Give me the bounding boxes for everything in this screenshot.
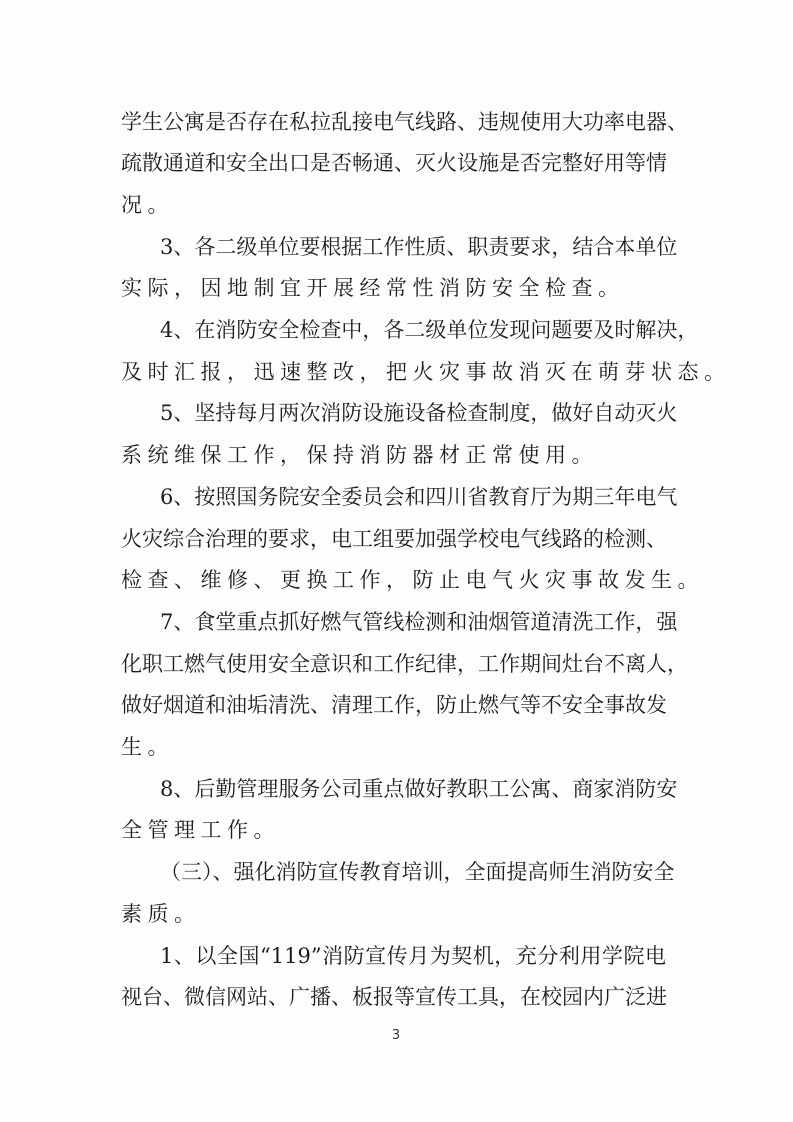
paragraph-item-4: 4、在消防安全检查中，各二级单位发现问题要及时解决， [160,318,666,342]
paragraph-item-5: 5、坚持每月两次消防设施设备检查制度，做好自动灭火 [160,401,666,425]
paragraph-item-6: 6、按照国务院安全委员会和四川省教育厅为期三年电气 [160,485,666,509]
text-line: 做好烟道和油垢清洗、清理工作，防止燃气等不安全事故发 [121,693,666,717]
text-line: 视台、微信网站、广播、板报等宣传工具，在校园内广泛进 [121,985,666,1009]
section-heading-3: （三）、强化消防宣传教育培训，全面提高师生消防安全 [160,860,666,884]
text-line: 疏散通道和安全出口是否畅通、灭火设施是否完整好用等情 [121,151,666,175]
text-line: 况。 [121,193,666,217]
text-line: 学生公寓是否存在私拉乱接电气线路、违规使用大功率电器、 [121,110,666,134]
text-line: 全管理工作。 [121,818,666,842]
text-line: 素质。 [121,902,666,926]
paragraph-item-3: 3、各二级单位要根据工作性质、职责要求，结合本单位 [160,235,666,259]
text-line: 实际，因地制宜开展经常性消防安全检查。 [121,276,666,300]
paragraph-item-8: 8、后勤管理服务公司重点做好教职工公寓、商家消防安 [160,777,666,801]
text-line: 及时汇报，迅速整改，把火灾事故消灭在萌芽状态。 [121,360,666,384]
paragraph-item-7: 7、食堂重点抓好燃气管线检测和油烟管道清洗工作，强 [160,610,666,634]
text-line: 检查、维修、更换工作，防止电气火灾事故发生。 [121,568,666,592]
text-line: 生。 [121,735,666,759]
text-line: 化职工燃气使用安全意识和工作纪律，工作期间灶台不离人， [121,652,666,676]
document-page: 学生公寓是否存在私拉乱接电气线路、违规使用大功率电器、 疏散通道和安全出口是否畅… [0,0,793,1122]
page-number: 3 [386,1028,406,1043]
text-line: 火灾综合治理的要求，电工组要加强学校电气线路的检测、 [121,527,666,551]
paragraph-item-1: 1、以全国“119”消防宣传月为契机，充分利用学院电 [160,944,666,968]
text-line: 系统维保工作，保持消防器材正常使用。 [121,443,666,467]
